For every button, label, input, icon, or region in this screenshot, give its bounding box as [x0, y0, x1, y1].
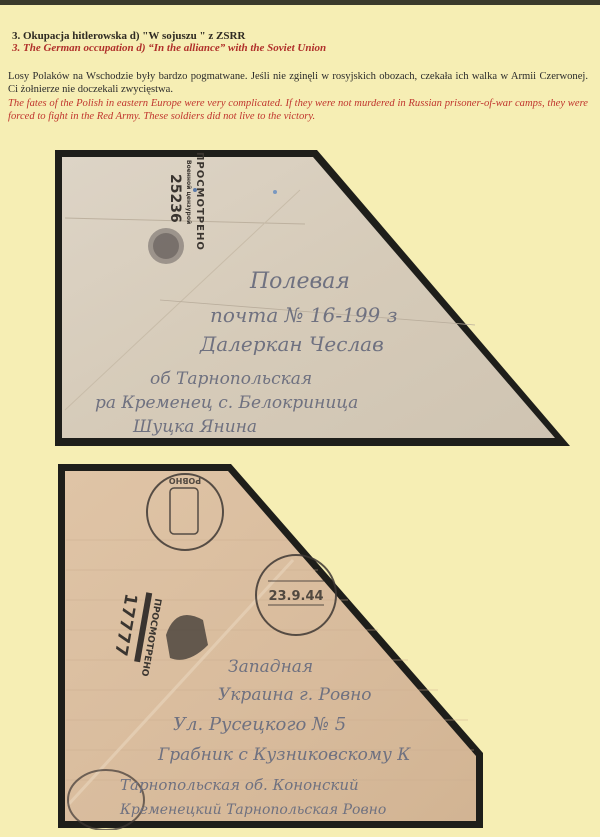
description-polish: Losy Polaków na Wschodzie były bardzo po…: [8, 70, 588, 96]
handwriting-line: ра Кременец с. Белокриница: [95, 393, 358, 413]
handwriting-line: почта № 16-199 з: [210, 303, 398, 327]
svg-text:25236: 25236: [167, 174, 183, 223]
svg-text:РОВНО: РОВНО: [169, 476, 201, 485]
handwriting-line: Кременецкий Тарнопольская Ровно: [119, 802, 386, 818]
handwriting-line: об Тарнопольская: [150, 369, 312, 389]
envelope-1-image: ПРОСМОТРЕНО Военной цензурой 25236 Полев…: [55, 150, 570, 446]
description-english: The fates of the Polish in eastern Europ…: [8, 97, 588, 123]
top-border: [0, 0, 600, 5]
handwriting-line: Украина г. Ровно: [218, 685, 372, 705]
envelope-2-image: РОВНО 17777 ПРОСМОТРЕНО 23.9.44 Западная…: [58, 460, 488, 830]
handwriting-line: Далеркан Чеслав: [199, 332, 384, 356]
handwriting-line: Шуцка Янина: [132, 417, 257, 437]
handwriting-line: Западная: [228, 657, 313, 677]
page-title-polish: 3. Okupacja hitlerowska d) "W sojuszu " …: [12, 30, 245, 42]
postmark-date-text: 23.9.44: [268, 589, 323, 604]
svg-text:ПРОСМОТРЕНО: ПРОСМОТРЕНО: [194, 152, 205, 251]
handwriting-line: Грабник с Кузниковскому К: [157, 745, 411, 765]
svg-text:Военной цензурой: Военной цензурой: [185, 160, 192, 224]
handwriting-line: Ул. Русецкого № 5: [173, 714, 346, 735]
page-title-english: 3. The German occupation d) “In the alli…: [12, 42, 326, 54]
handwriting-line: Полевая: [249, 269, 350, 294]
handwriting-line: Тарнопольская об. Кононский: [120, 776, 359, 794]
